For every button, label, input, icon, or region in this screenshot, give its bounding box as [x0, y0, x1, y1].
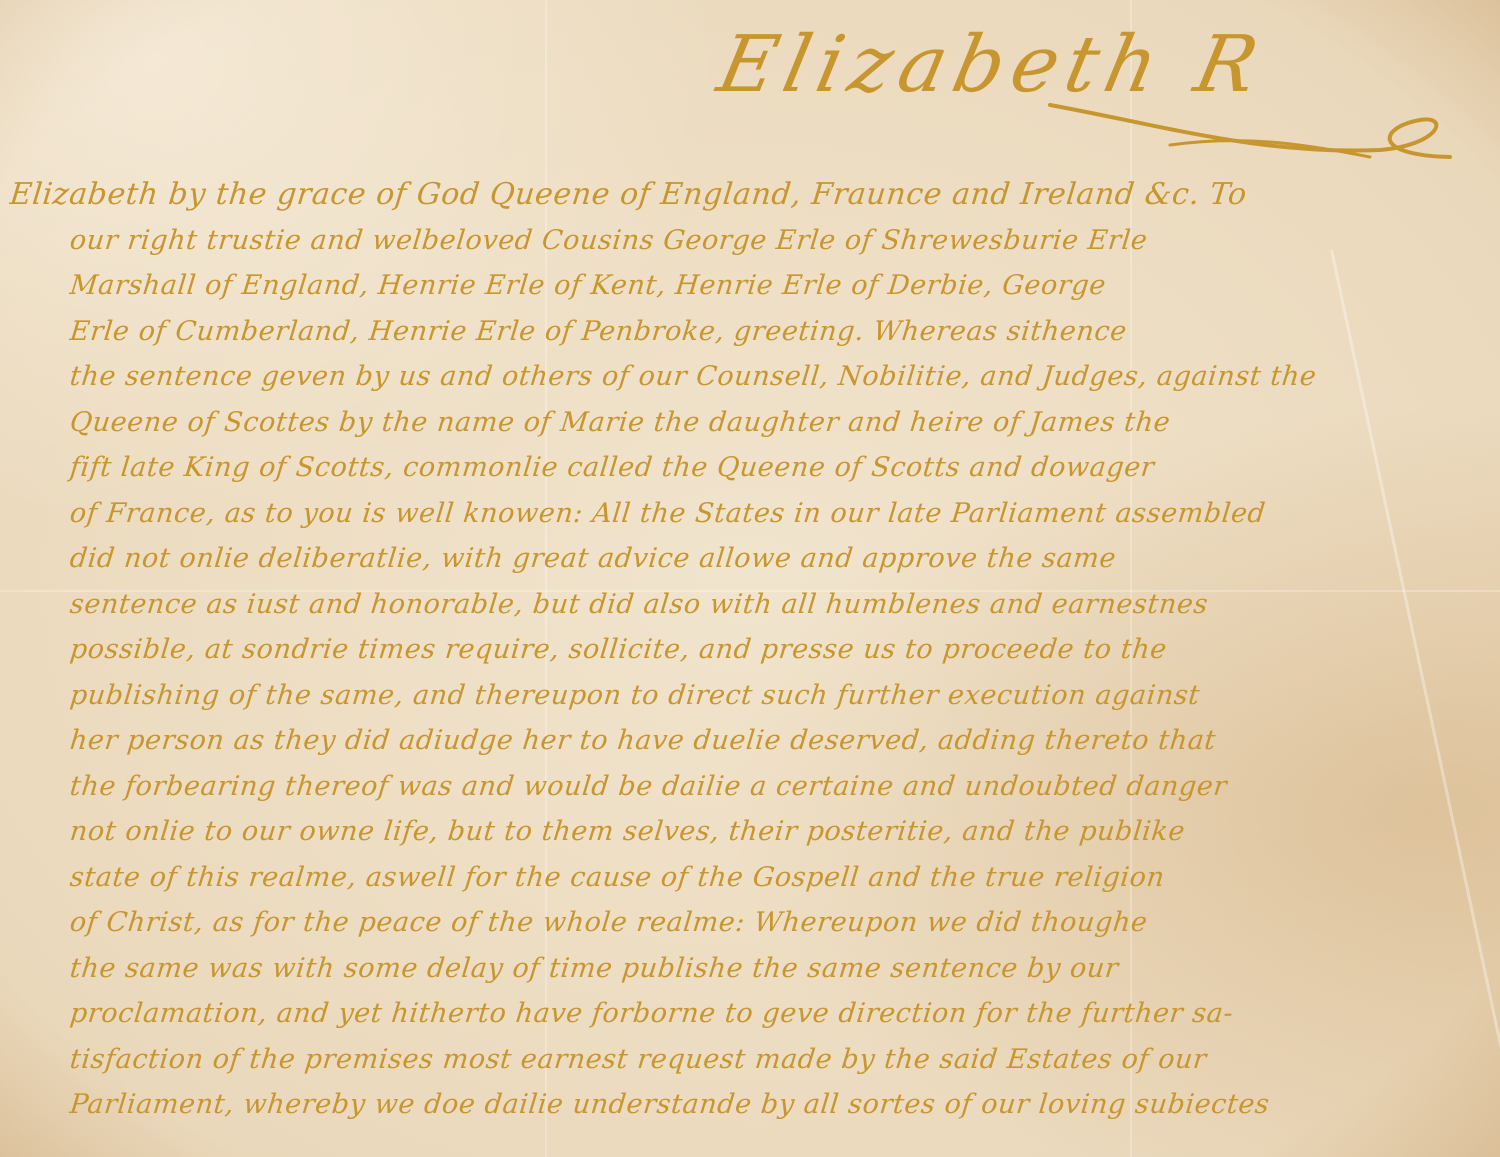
text-line: of France, as to you is well knowen: All… [8, 491, 1493, 537]
text-line: our right trustie and welbeloved Cousins… [8, 218, 1493, 264]
text-line: Parliament, whereby we doe dailie unders… [8, 1082, 1493, 1128]
text-line: publishing of the same, and thereupon to… [8, 673, 1493, 719]
text-line: Marshall of England, Henrie Erle of Kent… [8, 263, 1493, 309]
text-line: the forbearing thereof was and would be … [8, 764, 1493, 810]
text-line: fift late King of Scotts, commonlie call… [8, 445, 1493, 491]
text-line: the sentence geven by us and others of o… [8, 354, 1493, 400]
warrant-body: Elizabeth by the grace of God Queene of … [10, 172, 1490, 1128]
text-line: possible, at sondrie times require, soll… [8, 627, 1493, 673]
text-line: proclamation, and yet hitherto have forb… [8, 991, 1493, 1037]
text-line: sentence as iust and honorable, but did … [8, 582, 1493, 628]
text-line: of Christ, as for the peace of the whole… [8, 900, 1493, 946]
text-line: the same was with some delay of time pub… [8, 946, 1493, 992]
text-line: did not onlie deliberatlie, with great a… [8, 536, 1493, 582]
text-line: state of this realme, aswell for the cau… [8, 855, 1493, 901]
text-line: her person as they did adiudge her to ha… [8, 718, 1493, 764]
text-line: Erle of Cumberland, Henrie Erle of Penbr… [8, 309, 1493, 355]
signature-flourish-icon [1040, 95, 1460, 165]
text-line: tisfaction of the premises most earnest … [8, 1037, 1493, 1083]
text-line: not onlie to our owne life, but to them … [8, 809, 1493, 855]
text-line: Queene of Scottes by the name of Marie t… [8, 400, 1493, 446]
text-line: Elizabeth by the grace of God Queene of … [8, 172, 1493, 218]
